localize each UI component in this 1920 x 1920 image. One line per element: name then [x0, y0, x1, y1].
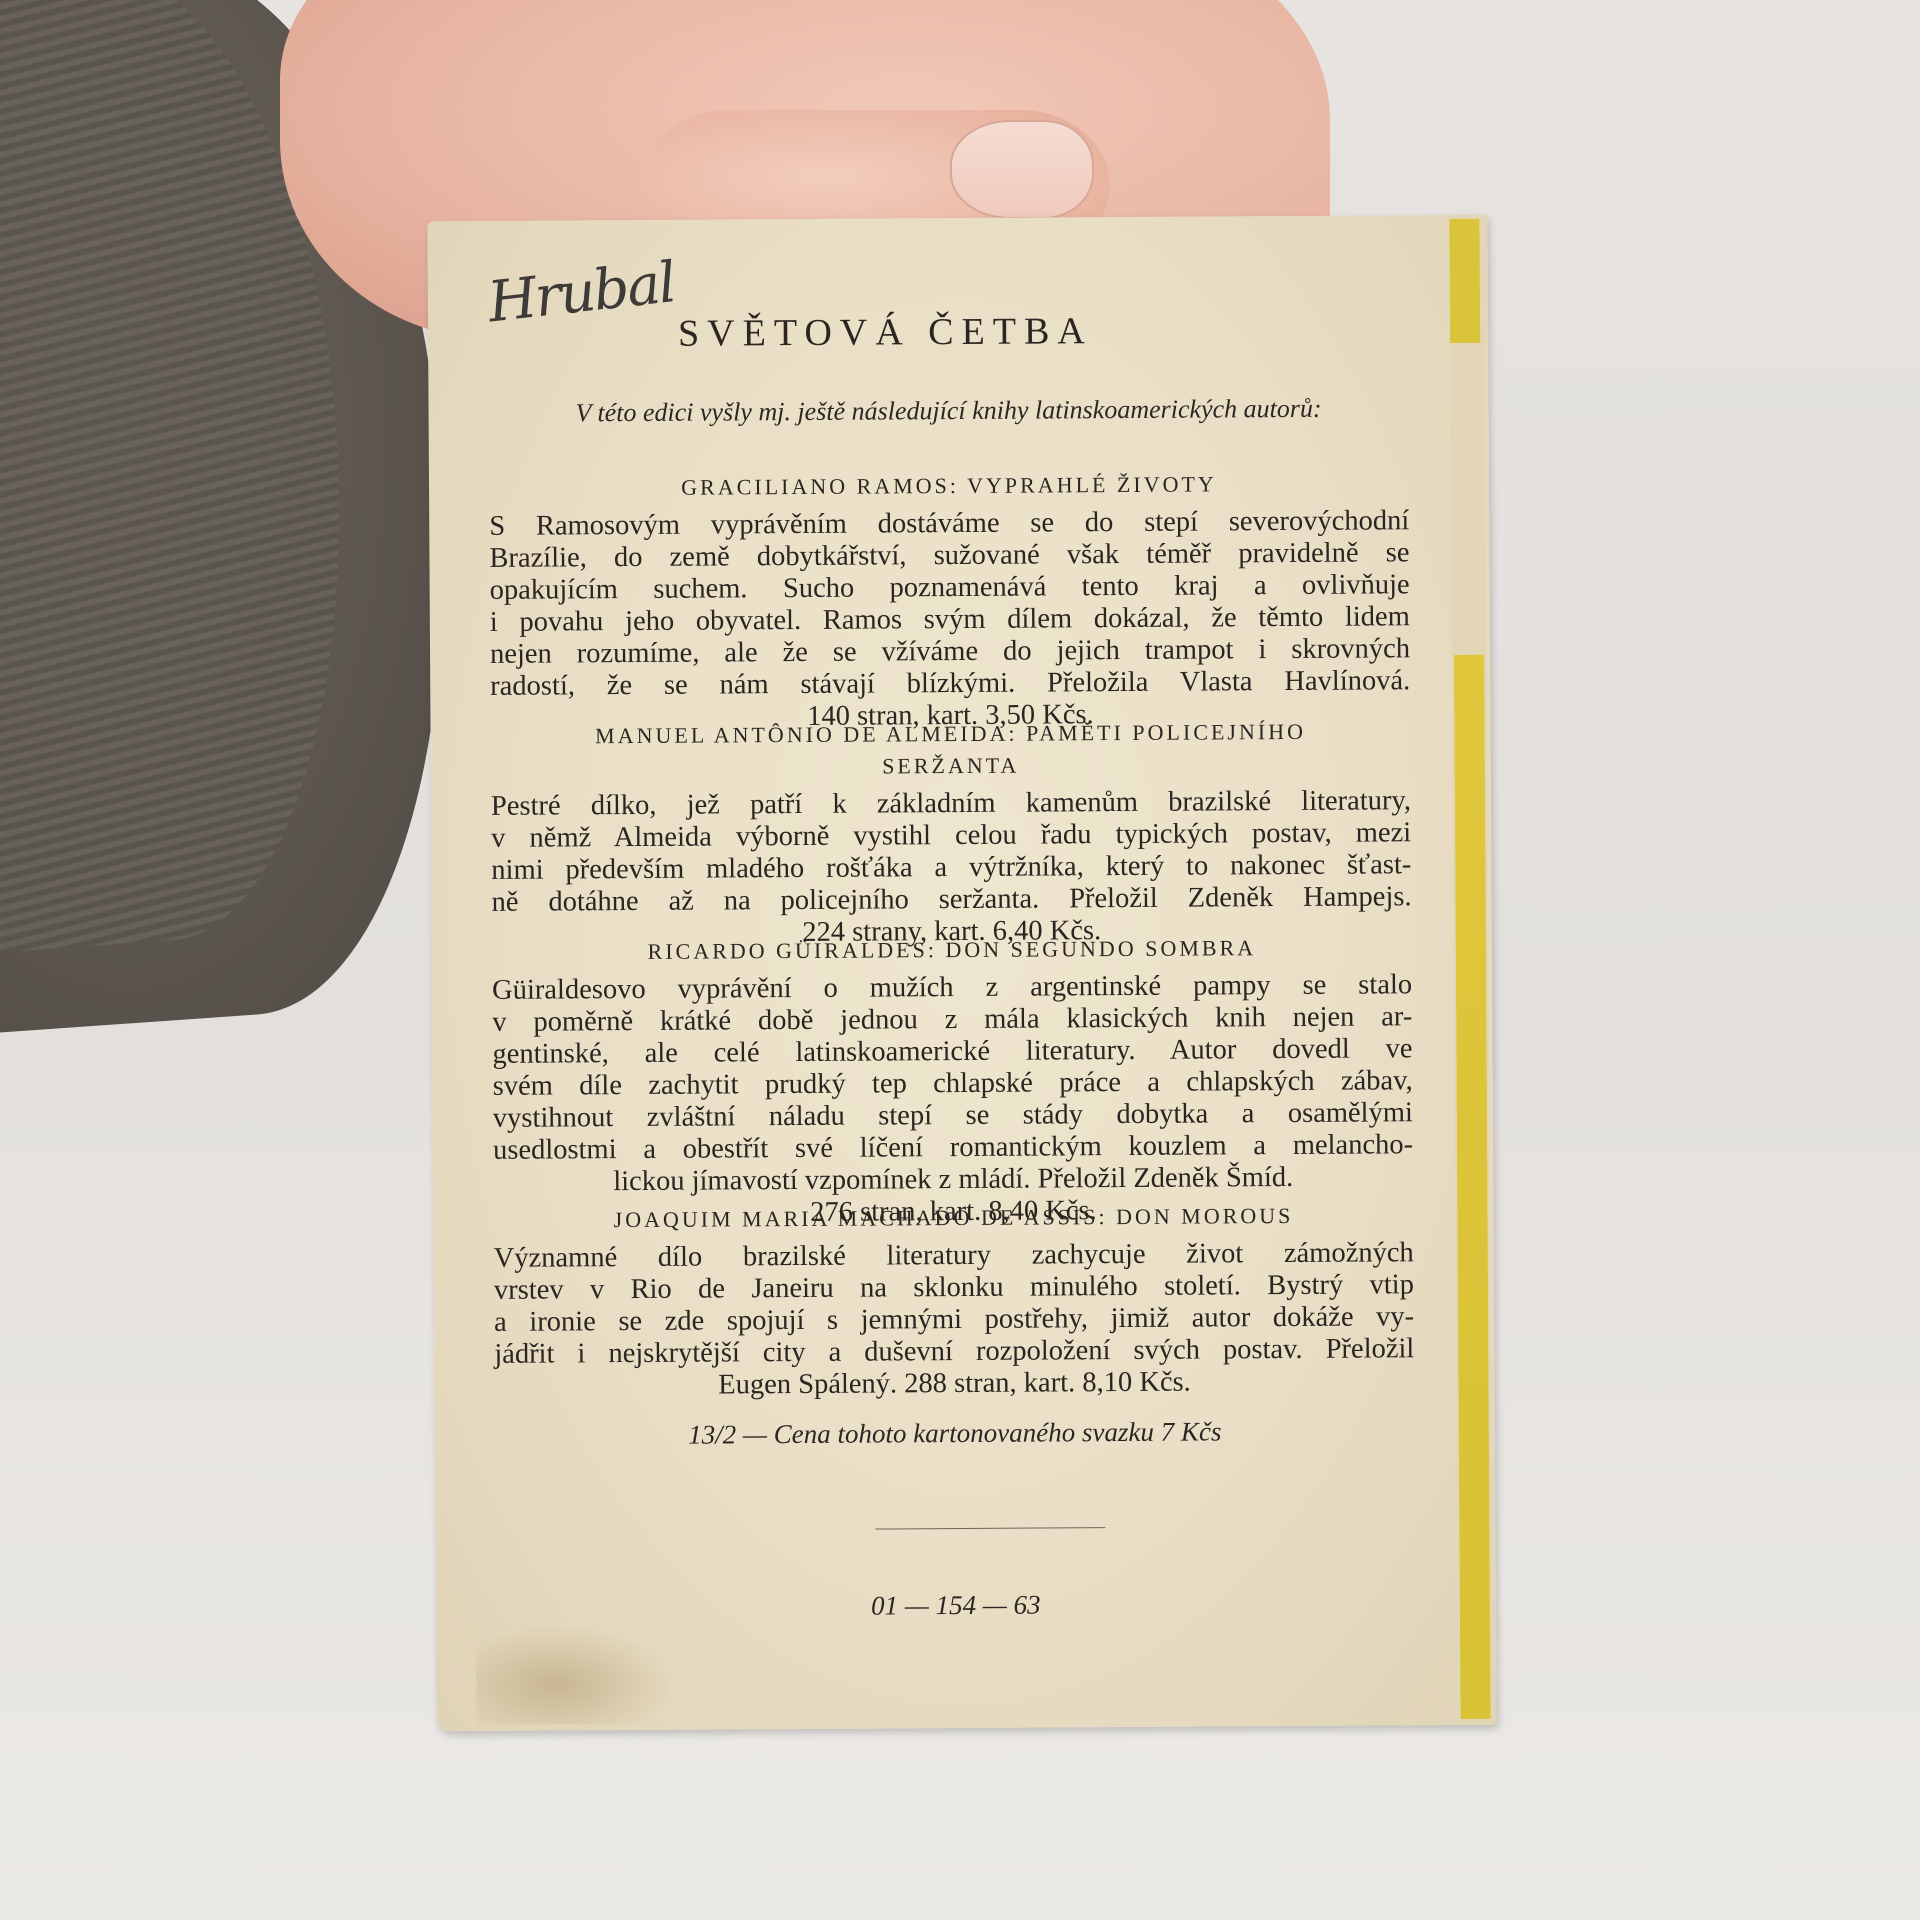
- spine-yellow-band-top: [1449, 219, 1480, 343]
- book-description: Pestré dílko, jež patří k základním kame…: [491, 785, 1412, 951]
- book-description: Güiraldesovo vyprávění o mužích z argent…: [492, 969, 1414, 1231]
- handwritten-signature: Hrubal: [485, 250, 678, 335]
- series-title: SVĚTOVÁ ČETBA: [678, 309, 1093, 356]
- description-line: jádřit i nejskrytější city a duševní roz…: [494, 1333, 1414, 1371]
- book-entry: JOAQUIM MARIA MACHADO DE ASSIS: DON MORO…: [493, 1199, 1414, 1403]
- book-heading: JOAQUIM MARIA MACHADO DE ASSIS: DON MORO…: [493, 1199, 1413, 1237]
- thumbnail-nail: [950, 120, 1094, 219]
- book-heading: MANUEL ANTÔNIO DE ALMEIDA: PAMĚTI POLICE…: [490, 715, 1410, 785]
- book-details: Eugen Spálený. 288 stran, kart. 8,10 Kčs…: [494, 1365, 1414, 1403]
- book-back-cover: Hrubal SVĚTOVÁ ČETBA V této edici vyšly …: [427, 215, 1496, 1731]
- book-entry: RICARDO GÜIRALDES: DON SEGUNDO SOMBRA Gü…: [492, 931, 1414, 1231]
- intro-text: V této edici vyšly mj. ještě následující…: [488, 393, 1408, 429]
- price-note: 13/2 — Cena tohoto kartonovaného svazku …: [495, 1415, 1415, 1452]
- description-line: radostí, že se nám stávají blízkými. Pře…: [490, 665, 1410, 703]
- description-line: lickou jímavostí vzpomínek z mládí. Přel…: [493, 1161, 1413, 1199]
- book-description: S Ramosovým vyprávěním dostáváme se do s…: [489, 505, 1410, 735]
- book-heading: GRACILIANO RAMOS: VYPRAHLÉ ŽIVOTY: [489, 467, 1409, 505]
- description-line: ně dotáhne až na policejního seržanta. P…: [491, 881, 1411, 919]
- catalog-code: 01 — 154 — 63: [496, 1587, 1416, 1624]
- divider: [875, 1527, 1105, 1529]
- book-description: Významné dílo brazilské literatury zachy…: [494, 1237, 1415, 1403]
- book-entry: GRACILIANO RAMOS: VYPRAHLÉ ŽIVOTY S Ramo…: [489, 467, 1411, 735]
- book-heading: RICARDO GÜIRALDES: DON SEGUNDO SOMBRA: [492, 931, 1412, 969]
- book-entry: MANUEL ANTÔNIO DE ALMEIDA: PAMĚTI POLICE…: [490, 715, 1411, 951]
- corner-stain: [476, 1624, 677, 1725]
